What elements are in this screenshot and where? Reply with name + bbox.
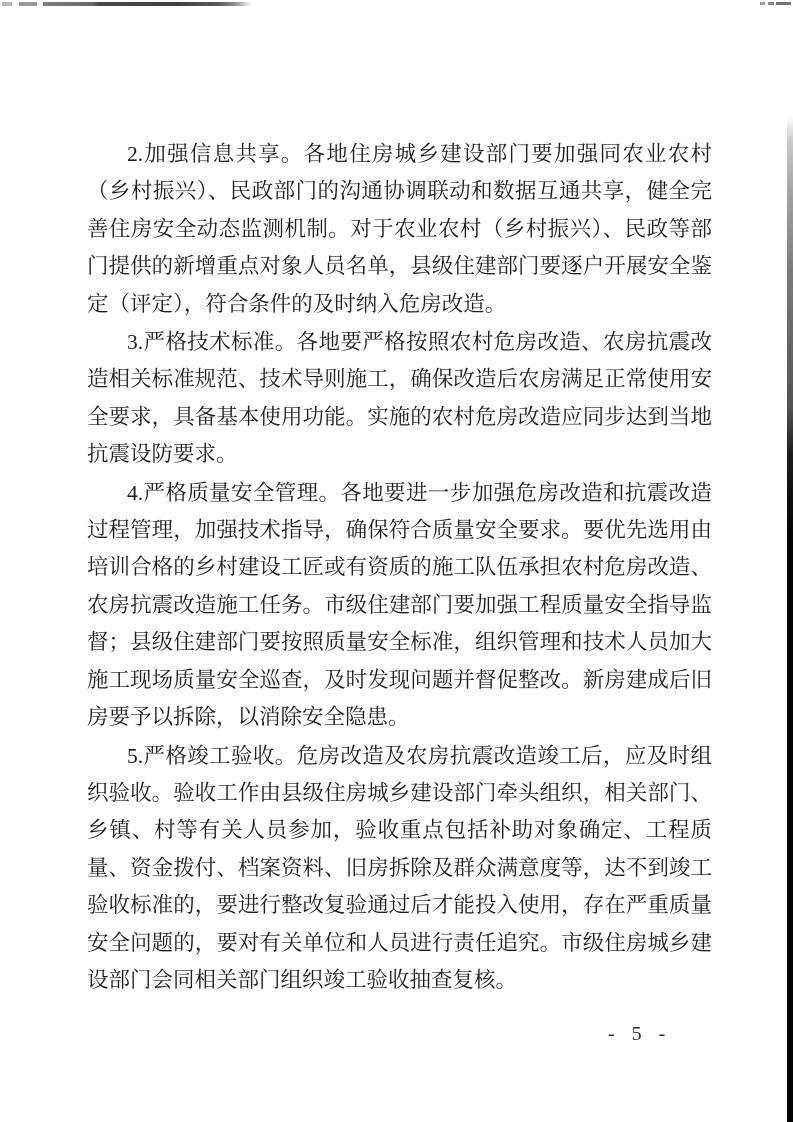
scan-artifact-top-right-streak bbox=[760, 2, 791, 5]
paragraph-4: 4.严格质量安全管理。各地要进一步加强危房改造和抗震改造过程管理，加强技术指导，… bbox=[87, 475, 712, 737]
scan-artifact-right-edge-band bbox=[787, 116, 793, 1122]
paragraph-5: 5.严格竣工验收。危房改造及农房抗震改造竣工后，应及时组织验收。验收工作由县级住… bbox=[87, 738, 712, 1000]
document-body: 2.加强信息共享。各地住房城乡建设部门要加强同农业农村（乡村振兴）、民政部门的沟… bbox=[87, 136, 712, 1000]
paragraph-2: 2.加强信息共享。各地住房城乡建设部门要加强同农业农村（乡村振兴）、民政部门的沟… bbox=[87, 136, 712, 323]
paragraph-3: 3.严格技术标准。各地要严格按照农村危房改造、农房抗震改造相关标准规范、技术导则… bbox=[87, 324, 712, 474]
document-page: 2.加强信息共享。各地住房城乡建设部门要加强同农业农村（乡村振兴）、民政部门的沟… bbox=[0, 0, 793, 1122]
page-number: - 5 - bbox=[608, 1023, 671, 1046]
scan-artifact-top-left-streak bbox=[2, 2, 252, 6]
